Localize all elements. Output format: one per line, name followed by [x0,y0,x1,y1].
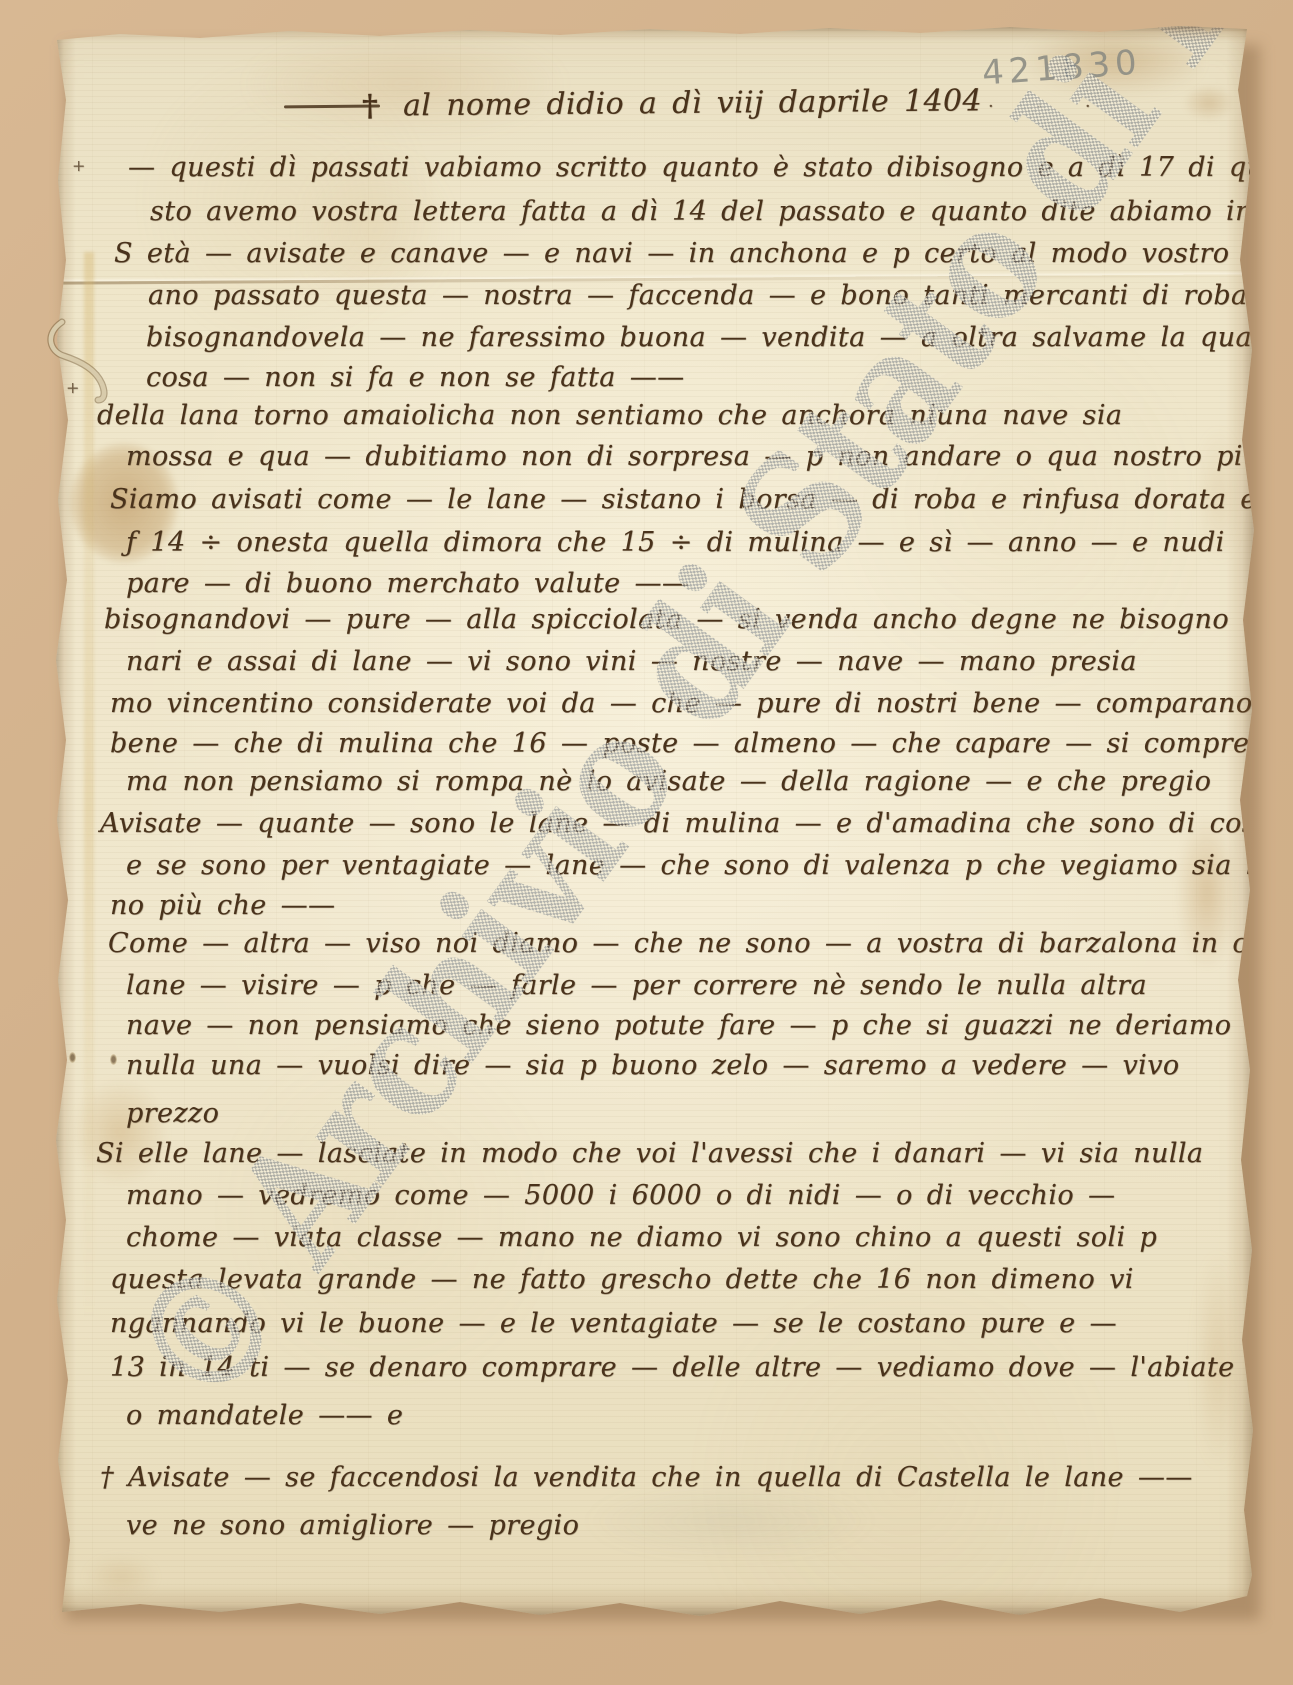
scanned-manuscript-photo: 421830 · · · † al nome didio a dì viij d… [0,0,1293,1685]
manuscript-page: 421830 · · · † al nome didio a dì viij d… [0,0,1293,1685]
edge-vignette [0,0,1293,1685]
